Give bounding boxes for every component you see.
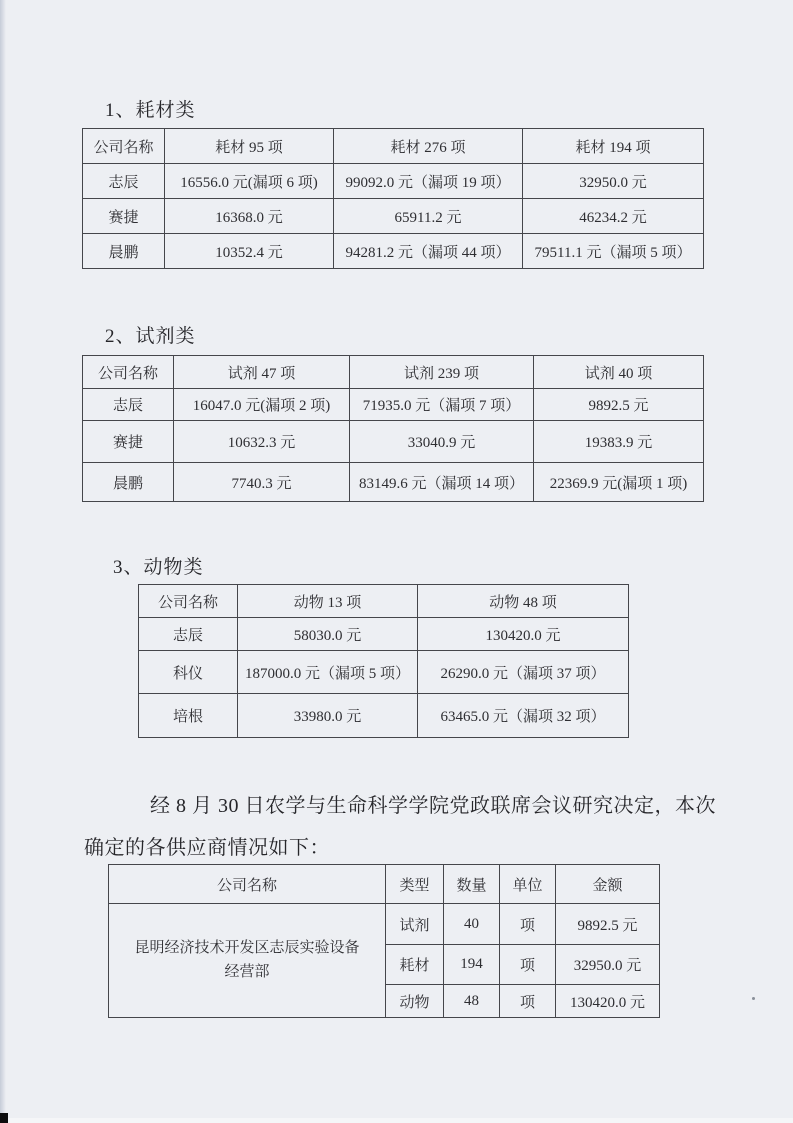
table-cell: 32950.0 元 [556,945,660,985]
table-cell: 99092.0 元（漏项 19 项） [334,164,523,199]
table-cell: 昆明经济技术开发区志辰实验设备经营部 [109,904,386,1018]
table-header-cell: 试剂 239 项 [350,356,534,389]
consumables-table: 公司名称耗材 95 项耗材 276 项耗材 194 项志辰16556.0 元(漏… [82,128,704,269]
table-header-cell: 数量 [444,865,500,904]
table-cell: 32950.0 元 [523,164,704,199]
table-header-cell: 试剂 40 项 [534,356,704,389]
table-cell: 194 [444,945,500,985]
table-cell: 130420.0 元 [418,618,629,651]
table-cell: 10632.3 元 [174,421,350,463]
table-cell: 志辰 [83,164,165,199]
table-cell: 65911.2 元 [334,199,523,234]
table-cell: 83149.6 元（漏项 14 项） [350,463,534,502]
table-row: 科仪187000.0 元（漏项 5 项）26290.0 元（漏项 37 项） [139,651,629,694]
table-row: 培根33980.0 元63465.0 元（漏项 32 项） [139,694,629,738]
table-cell: 16368.0 元 [165,199,334,234]
table-cell: 赛捷 [83,199,165,234]
table-cell: 晨鹏 [83,463,174,502]
table-header-cell: 公司名称 [83,356,174,389]
table-cell: 71935.0 元（漏项 7 项） [350,389,534,421]
table-cell: 动物 [386,985,444,1018]
table-cell: 19383.9 元 [534,421,704,463]
table-cell: 9892.5 元 [556,904,660,945]
table-header-row: 公司名称动物 13 项动物 48 项 [139,585,629,618]
table-cell: 16556.0 元(漏项 6 项) [165,164,334,199]
table-cell: 26290.0 元（漏项 37 项） [418,651,629,694]
section-title-consumables: 1、耗材类 [105,95,196,122]
table-header-cell: 单位 [500,865,556,904]
table-row: 昆明经济技术开发区志辰实验设备经营部试剂40项9892.5 元 [109,904,660,945]
table-header-cell: 公司名称 [83,129,165,164]
table-header-cell: 耗材 95 项 [165,129,334,164]
table-cell: 48 [444,985,500,1018]
scan-left-edge-shadow [0,0,6,1123]
table-cell: 16047.0 元(漏项 2 项) [174,389,350,421]
decision-paragraph-line-1: 经 8 月 30 日农学与生命科学学院党政联席会议研究决定，本次 [150,789,716,818]
scan-speck [752,997,755,1000]
table-cell: 耗材 [386,945,444,985]
table-cell: 10352.4 元 [165,234,334,269]
scanned-document-page: 1、耗材类 公司名称耗材 95 项耗材 276 项耗材 194 项志辰16556… [0,0,793,1123]
table-header-cell: 耗材 276 项 [334,129,523,164]
table-cell: 94281.2 元（漏项 44 项） [334,234,523,269]
table-row: 赛捷10632.3 元33040.9 元19383.9 元 [83,421,704,463]
table-cell: 187000.0 元（漏项 5 项） [238,651,418,694]
table-cell: 培根 [139,694,238,738]
table-header-cell: 耗材 194 项 [523,129,704,164]
animals-table: 公司名称动物 13 项动物 48 项志辰58030.0 元130420.0 元科… [138,584,629,738]
table-header-row: 公司名称类型数量单位金额 [109,865,660,904]
table-header-cell: 金额 [556,865,660,904]
table-cell: 33040.9 元 [350,421,534,463]
table-cell: 79511.1 元（漏项 5 项） [523,234,704,269]
scan-corner-mark [0,1113,8,1123]
table-row: 赛捷16368.0 元65911.2 元46234.2 元 [83,199,704,234]
table-row: 晨鹏7740.3 元83149.6 元（漏项 14 项）22369.9 元(漏项… [83,463,704,502]
table-header-row: 公司名称试剂 47 项试剂 239 项试剂 40 项 [83,356,704,389]
table-cell: 63465.0 元（漏项 32 项） [418,694,629,738]
table-cell: 58030.0 元 [238,618,418,651]
section-title-reagents: 2、试剂类 [105,321,196,348]
table-cell: 晨鹏 [83,234,165,269]
table-cell: 试剂 [386,904,444,945]
table-cell: 7740.3 元 [174,463,350,502]
table-cell: 项 [500,945,556,985]
table-header-cell: 试剂 47 项 [174,356,350,389]
table-cell: 33980.0 元 [238,694,418,738]
table-cell: 赛捷 [83,421,174,463]
table-header-cell: 类型 [386,865,444,904]
table-row: 志辰16556.0 元(漏项 6 项)99092.0 元（漏项 19 项）329… [83,164,704,199]
table-cell: 40 [444,904,500,945]
table-cell: 46234.2 元 [523,199,704,234]
selected-suppliers-table: 公司名称类型数量单位金额昆明经济技术开发区志辰实验设备经营部试剂40项9892.… [108,864,660,1018]
table-cell: 项 [500,904,556,945]
table-cell: 项 [500,985,556,1018]
table-cell: 130420.0 元 [556,985,660,1018]
table-cell: 9892.5 元 [534,389,704,421]
scan-bottom-edge [0,1118,793,1123]
section-title-animals: 3、动物类 [113,552,204,579]
reagents-table: 公司名称试剂 47 项试剂 239 项试剂 40 项志辰16047.0 元(漏项… [82,355,704,502]
table-header-cell: 动物 48 项 [418,585,629,618]
table-header-row: 公司名称耗材 95 项耗材 276 项耗材 194 项 [83,129,704,164]
table-cell: 志辰 [83,389,174,421]
table-cell: 22369.9 元(漏项 1 项) [534,463,704,502]
table-cell: 科仪 [139,651,238,694]
table-row: 志辰16047.0 元(漏项 2 项)71935.0 元（漏项 7 项）9892… [83,389,704,421]
table-header-cell: 动物 13 项 [238,585,418,618]
table-cell: 志辰 [139,618,238,651]
table-row: 志辰58030.0 元130420.0 元 [139,618,629,651]
table-row: 晨鹏10352.4 元94281.2 元（漏项 44 项）79511.1 元（漏… [83,234,704,269]
decision-paragraph-line-2: 确定的各供应商情况如下： [84,831,330,860]
table-header-cell: 公司名称 [139,585,238,618]
table-header-cell: 公司名称 [109,865,386,904]
